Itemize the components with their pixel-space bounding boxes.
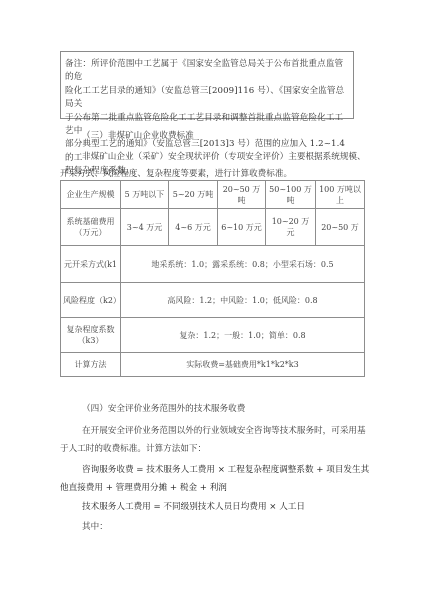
cell-mining-method-value: 地采系统：1.0；露采系统：0.8；小型采石场：0.5: [121, 246, 365, 283]
cell-risk-level-value: 高风险：1.2；中风险：1.0；低风险：0.8: [121, 283, 365, 318]
cell-scale-5: 100 万吨以上: [316, 181, 365, 209]
cell-base-fee-4: 10~20 万元: [266, 209, 316, 246]
section-4-title: （四）安全评价业务范围外的技术服务收费: [82, 402, 245, 414]
table-row-calculation: 计算方法 实际收费=基础费用*k1*k2*k3: [61, 353, 365, 377]
formula-labor-cost: 技术服务人工费用 = 不同级别技术人员日均费用 × 人工日: [82, 500, 305, 512]
table-row-base-fee: 系统基础费用（万元） 3~4 万元 4~6 万元 6~10 万元 10~20 万…: [61, 209, 365, 246]
cell-scale-1: 5 万吨以下: [121, 181, 169, 209]
remark-line: 备注：所评价范围中工艺属于《国家安全监管总局关于公布首批重点监管的危: [65, 58, 349, 85]
section-3-intro-line-1: 非煤矿山企业（采矿）安全现状评价（专项安全评价）主要根据系统规模、: [82, 150, 366, 162]
cell-scale-3: 20~50 万吨: [218, 181, 266, 209]
cell-label-calculation: 计算方法: [61, 353, 121, 377]
table-row-mining-method: 元开采方式(k1 地采系统：1.0；露采系统：0.8；小型采石场：0.5: [61, 246, 365, 283]
section-3-intro-line-2: 开采方式、风险程度、复杂程度等要素，进行计算收费标准。: [60, 167, 292, 179]
cell-label-complexity: 复杂程度系数（k3）: [61, 318, 121, 353]
where-label: 其中：: [82, 520, 108, 532]
table-row-scale: 企业生产规模 5 万吨以下 5~20 万吨 20~50 万吨 50~100 万吨…: [61, 181, 365, 209]
cell-scale-2: 5~20 万吨: [169, 181, 218, 209]
cell-label-base-fee: 系统基础费用（万元）: [61, 209, 121, 246]
cell-base-fee-2: 4~6 万元: [169, 209, 218, 246]
table-row-complexity: 复杂程度系数（k3） 复杂：1.2；一般：1.0；简单：0.8: [61, 318, 365, 353]
cell-scale-4: 50~100 万吨: [266, 181, 316, 209]
cell-label-risk-level: 风险程度（k2）: [61, 283, 121, 318]
cell-base-fee-5: 20~50 万: [316, 209, 365, 246]
section-3-title: （三）非煤矿山企业收费标准: [82, 129, 194, 141]
cell-label-mining-method: 元开采方式(k1: [61, 246, 121, 283]
formula-consulting-fee-line-1: 咨询服务收费 = 技术服务人工费用 × 工程复杂程度调整系数 + 项目发生其: [82, 463, 369, 475]
formula-consulting-fee-line-2: 他直接费用 + 管理费用分摊 + 税金 + 利润: [60, 481, 227, 493]
cell-base-fee-1: 3~4 万元: [121, 209, 169, 246]
section-4-intro-line-2: 于人工时的收费标准。计算方法如下：: [60, 442, 206, 454]
remark-line: 险化工工艺目录的通知》（安监总管三[2009]116 号）、《国家安全监管总局关: [65, 85, 349, 112]
remark-box: 备注：所评价范围中工艺属于《国家安全监管总局关于公布首批重点监管的危 险化工工艺…: [60, 51, 354, 119]
cell-complexity-value: 复杂：1.2；一般：1.0；简单：0.8: [121, 318, 365, 353]
cell-base-fee-3: 6~10 万元: [218, 209, 266, 246]
table-row-risk-level: 风险程度（k2） 高风险：1.2；中风险：1.0；低风险：0.8: [61, 283, 365, 318]
cell-label-scale: 企业生产规模: [61, 181, 121, 209]
cell-calculation-value: 实际收费=基础费用*k1*k2*k3: [121, 353, 365, 377]
non-coal-mine-fee-table: 企业生产规模 5 万吨以下 5~20 万吨 20~50 万吨 50~100 万吨…: [60, 180, 365, 377]
section-4-intro-line-1: 在开展安全评价业务范围以外的行业领域安全咨询等技术服务时，可采用基: [82, 424, 366, 436]
